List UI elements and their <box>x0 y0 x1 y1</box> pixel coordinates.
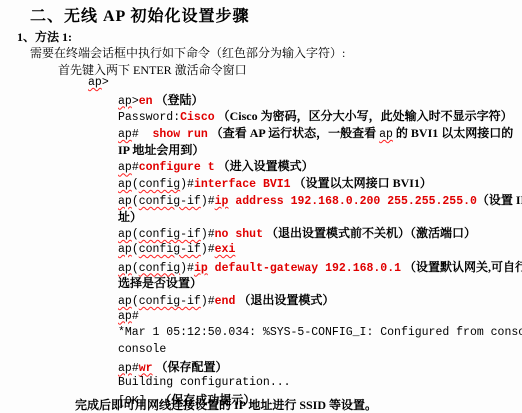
terminal-line: Password:Cisco （Cisco 为密码，区分大小写，此处输入时不显示… <box>0 108 522 125</box>
comment-text: （设置以太网接口 BVI1） <box>291 176 432 190</box>
input-text: en <box>139 95 153 108</box>
console-text: )# <box>201 295 215 308</box>
comment-text: （设置 IP 地 <box>477 193 522 207</box>
console-text: console <box>118 343 166 356</box>
comment-text: 选择是否设置） <box>118 276 202 290</box>
terminal-line: ap(config)#ip default-gateway 192.168.0.… <box>0 259 522 276</box>
console-text: )# <box>180 262 194 275</box>
console-text: )# <box>201 195 215 208</box>
console-text: ( <box>132 228 139 241</box>
terminal-line: ap(config-if)#no shut （退出设置模式前不关机）（激活端口） <box>0 225 522 242</box>
input-text: end <box>215 295 236 308</box>
terminal-line: ap# show run （查看 AP 运行状态，一般查看 ap 的 BVI1 … <box>0 125 522 142</box>
console-text: ( <box>132 178 139 191</box>
intro-text: 需要在终端会话框中执行如下命令（红色部分为输入字符）: <box>30 44 345 61</box>
console-text: ap <box>118 295 132 308</box>
terminal-line: *Mar 1 05:12:50.034: %SYS-5-CONFIG_I: Co… <box>0 325 522 342</box>
console-text: ap <box>88 76 102 89</box>
footer-note: 完成后即可用网线连接设置的 IP 地址进行 SSID 等设置。 <box>75 396 377 413</box>
input-text: Cisco <box>180 111 215 124</box>
terminal-line: ap(config-if)#end （退出设置模式） <box>0 292 522 309</box>
console-text: ap <box>118 95 132 108</box>
console-text: > <box>132 95 139 108</box>
method-subtitle: 1、方法 1: <box>17 28 72 45</box>
comment-text: （Cisco 为密码，区分大小写，此处输入时不显示字符） <box>215 109 513 123</box>
comment-text: （设置默认网关,可自行 <box>401 260 522 274</box>
comment-text: 的 BVI1 以太网接口的 <box>393 126 513 140</box>
console-text: )# <box>201 243 215 256</box>
console-text: # <box>132 310 139 323</box>
comment-text: （退出设置模式） <box>235 293 334 307</box>
console-text: ( <box>132 243 139 256</box>
terminal-line: ap> <box>0 75 522 92</box>
console-text: Building configuration... <box>118 376 291 389</box>
terminal-line: IP 地址会用到） <box>0 142 522 159</box>
console-text: # <box>132 362 139 375</box>
document-page: 二、无线 AP 初始化设置步骤 1、方法 1: 需要在终端会话框中执行如下命令（… <box>0 0 522 413</box>
console-text: config-if <box>139 243 201 256</box>
input-text: address 192.168.0.200 255.255.255.0 <box>228 195 476 208</box>
console-text: config-if <box>139 195 201 208</box>
console-text: ( <box>132 295 139 308</box>
terminal-line: ap(config)#interface BVI1 （设置以太网接口 BVI1） <box>0 175 522 192</box>
comment-text: （登陆） <box>153 93 204 107</box>
console-text: ap <box>118 178 132 191</box>
console-text: ap <box>118 362 132 375</box>
input-text: show run <box>153 128 208 141</box>
terminal-line: console <box>0 342 522 359</box>
input-text: default-gateway 192.168.0.1 <box>208 262 401 275</box>
input-text: interface BVI1 <box>194 178 291 191</box>
terminal-line: ap>en （登陆） <box>0 92 522 109</box>
console-text: *Mar 1 05:12:50.034: %SYS-5-CONFIG_I: Co… <box>118 326 522 339</box>
console-text: config-if <box>139 295 201 308</box>
console-text: )# <box>201 228 215 241</box>
terminal-line: ap#wr （保存配置） <box>0 359 522 376</box>
console-text: ( <box>132 195 139 208</box>
terminal-transcript: ap>ap>en （登陆）Password:Cisco （Cisco 为密码，区… <box>0 75 522 409</box>
terminal-line: 址） <box>0 209 522 226</box>
comment-text: （进入设置模式） <box>215 159 314 173</box>
console-text: ( <box>132 262 139 275</box>
console-text: ap <box>118 128 132 141</box>
terminal-line: ap(config-if)#ip address 192.168.0.200 2… <box>0 192 522 209</box>
console-text: # <box>132 161 139 174</box>
comment-text: （退出设置模式前不关机）（激活端口） <box>263 226 476 240</box>
input-text: no shut <box>215 228 263 241</box>
input-text: ip <box>215 195 229 208</box>
console-text: ap <box>118 195 132 208</box>
terminal-line: 选择是否设置） <box>0 275 522 292</box>
console-text: ap <box>118 161 132 174</box>
comment-text: 址） <box>118 210 142 224</box>
comment-text: （保存配置） <box>153 360 228 374</box>
terminal-line: ap(config-if)#exi <box>0 242 522 259</box>
console-text: config <box>139 178 180 191</box>
console-text: )# <box>180 178 194 191</box>
comment-text: （查看 AP 运行状态，一般查看 <box>208 126 379 140</box>
console-text: ap <box>379 128 393 141</box>
input-text: configure t <box>139 161 215 174</box>
comment-text: IP 地址会用到） <box>118 143 204 157</box>
input-text: exi <box>215 243 236 256</box>
console-text: ap <box>118 228 132 241</box>
console-text: Password: <box>118 111 180 124</box>
console-text: # <box>132 128 153 141</box>
console-text: ap <box>118 262 132 275</box>
console-text: config-if <box>139 228 201 241</box>
console-text: ap <box>118 310 132 323</box>
terminal-line: ap# <box>0 309 522 326</box>
console-text: > <box>102 76 109 89</box>
terminal-line: ap#configure t （进入设置模式） <box>0 158 522 175</box>
input-text: wr <box>139 362 153 375</box>
document-title: 二、无线 AP 初始化设置步骤 <box>30 3 249 26</box>
console-text: ap <box>118 243 132 256</box>
input-text: ip <box>194 262 208 275</box>
terminal-line: Building configuration... <box>0 375 522 392</box>
console-text: config <box>139 262 180 275</box>
